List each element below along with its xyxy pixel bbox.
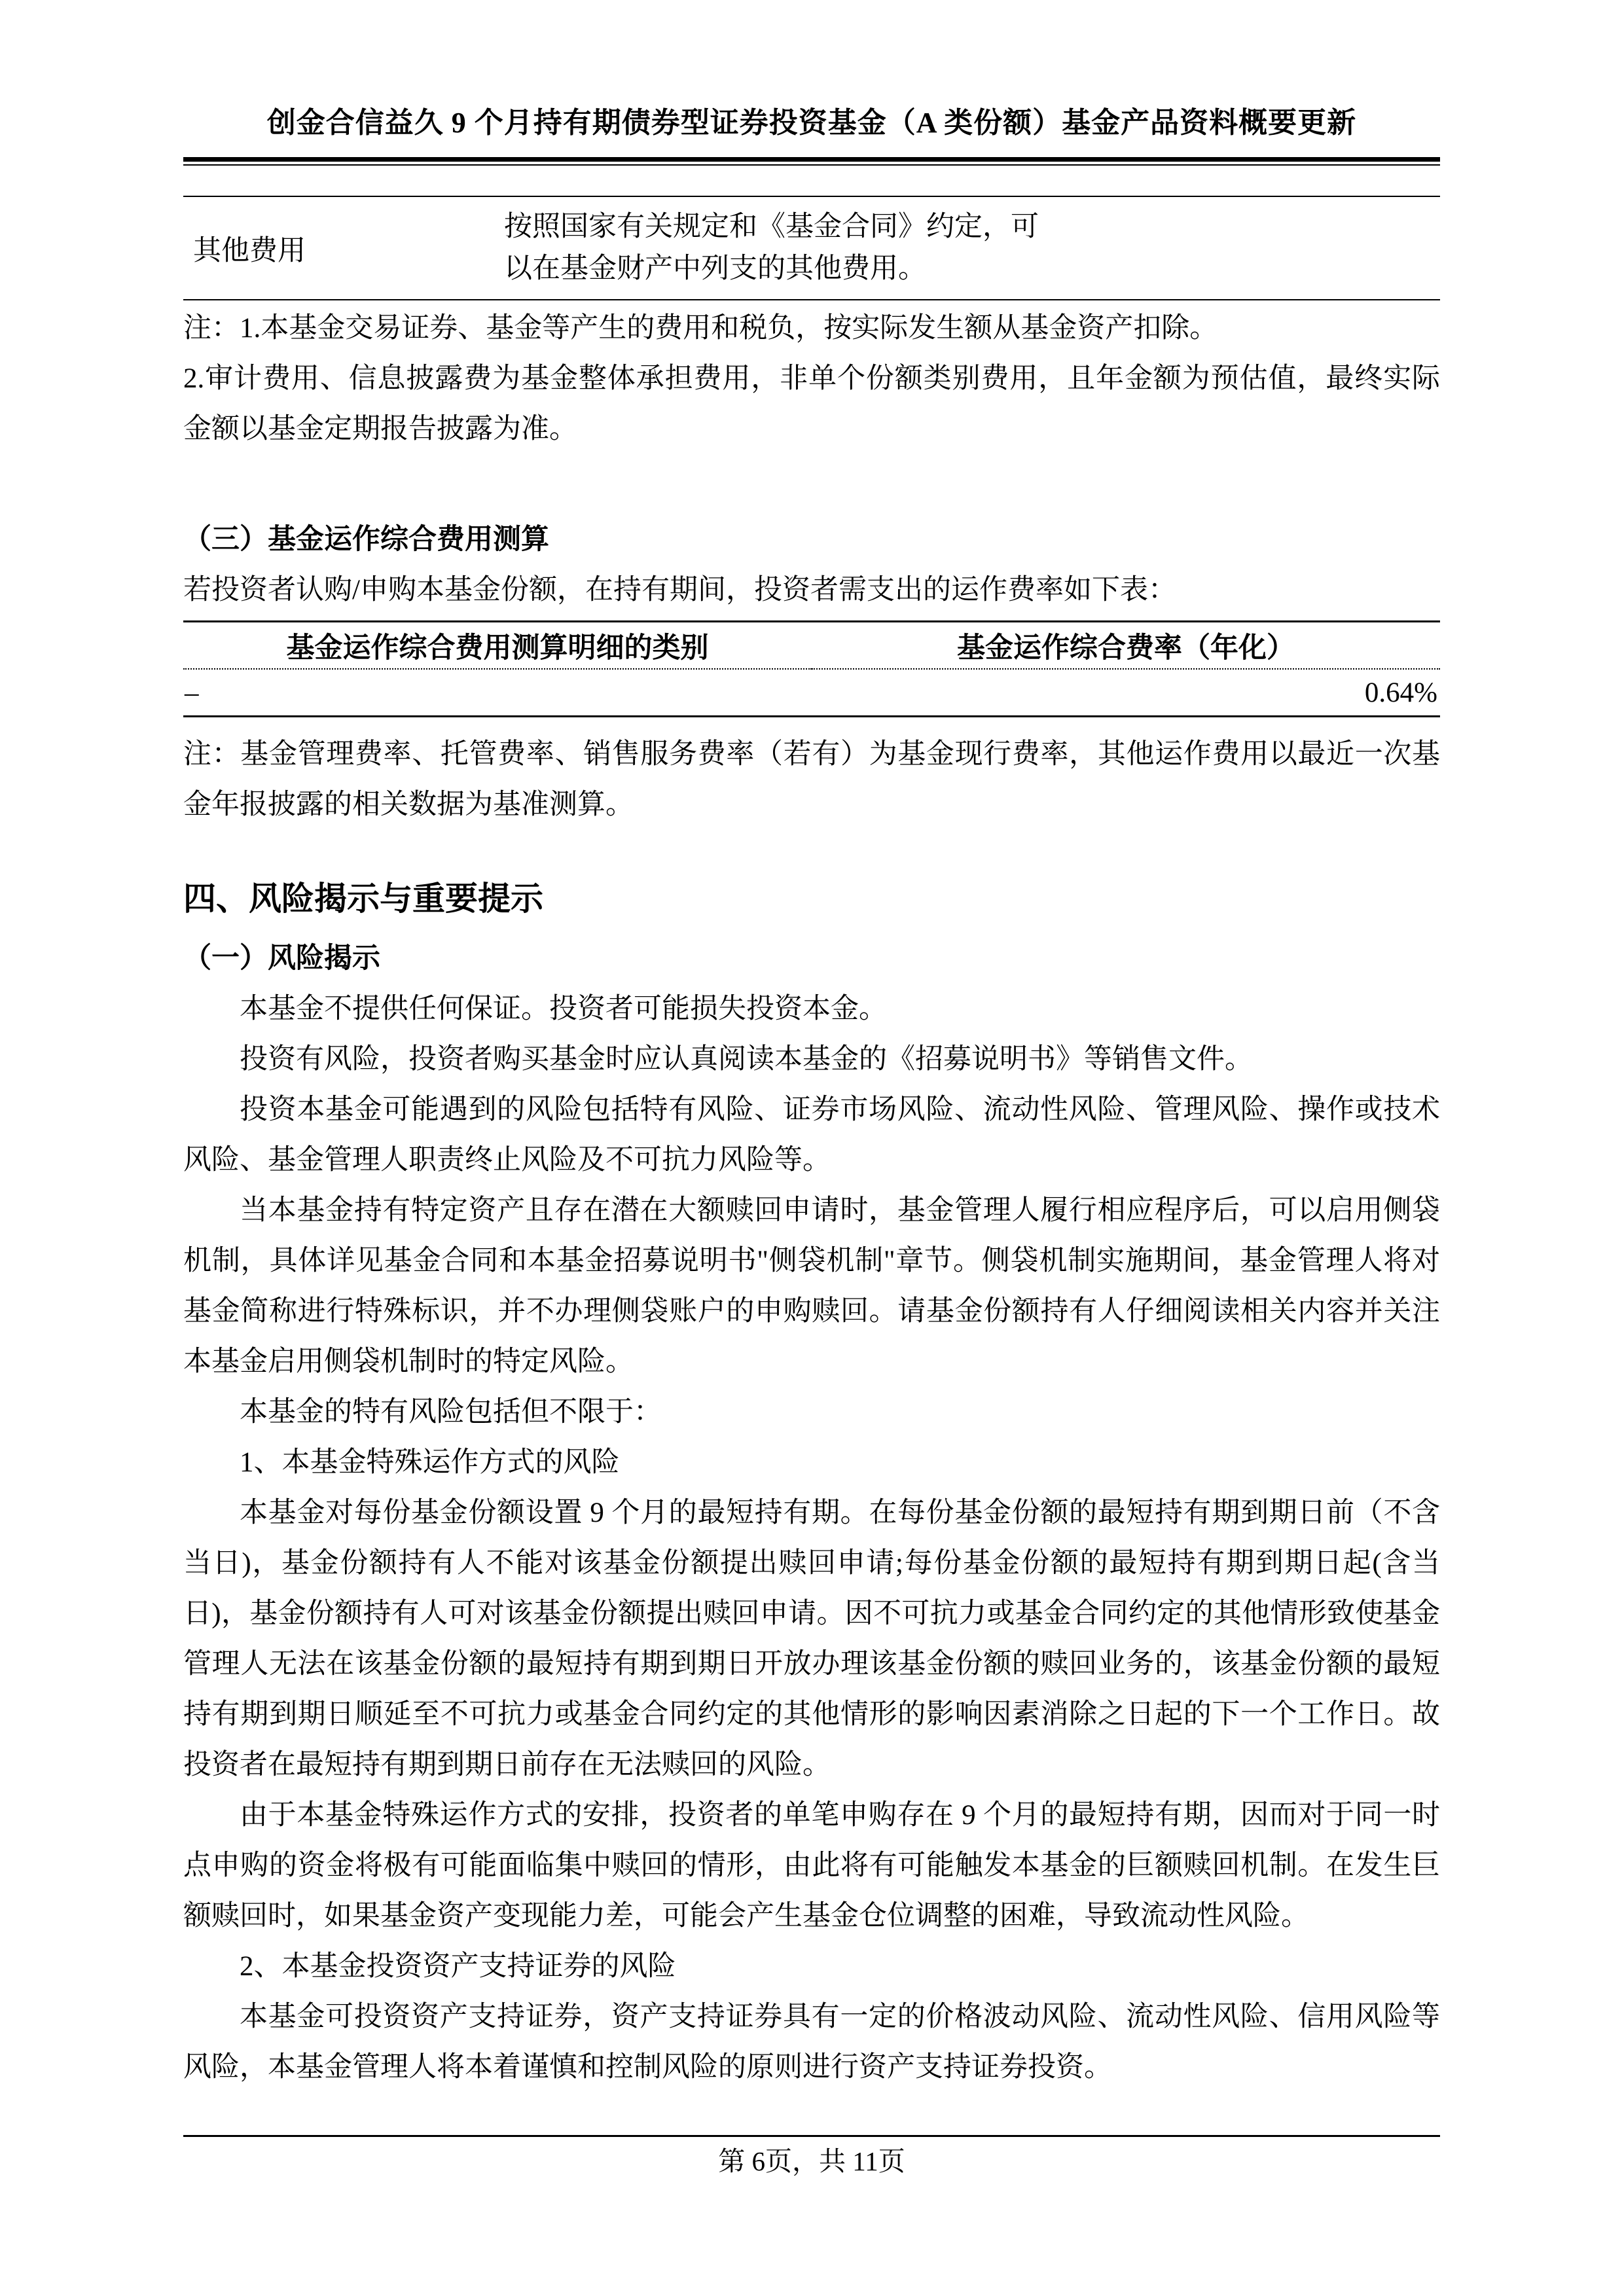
section4-sub-heading: （一）风险揭示 xyxy=(183,933,1440,984)
risk-paragraph: 本基金的特有风险包括但不限于： xyxy=(183,1387,1440,1437)
fee-note-1: 注：1.本基金交易证券、基金等产生的费用和税负，按实际发生额从基金资产扣除。 xyxy=(183,303,1440,353)
risk-paragraph: 本基金可投资资产支持证券，资产支持证券具有一定的价格波动风险、流动性风险、信用风… xyxy=(183,1992,1440,2092)
risk-paragraph: 投资本基金可能遇到的风险包括特有风险、证券市场风险、流动性风险、管理风险、操作或… xyxy=(183,1085,1440,1185)
table-header-row: 基金运作综合费用测算明细的类别 基金运作综合费率（年化） xyxy=(183,622,1440,670)
risk-paragraph: 投资有风险，投资者购买基金时应认真阅读本基金的《招募说明书》等销售文件。 xyxy=(183,1034,1440,1085)
fee-row-value: 按照国家有关规定和《基金合同》约定，可 以在基金财产中列支的其他费用。 xyxy=(504,196,1440,300)
header-divider xyxy=(183,157,1440,166)
other-fees-table: 其他费用 按照国家有关规定和《基金合同》约定，可 以在基金财产中列支的其他费用。 xyxy=(183,196,1440,300)
header-divider-thin-line xyxy=(183,164,1440,166)
header-divider-thick-line xyxy=(183,157,1440,162)
fee-row-value-line-2: 以在基金财产中列支的其他费用。 xyxy=(504,248,1440,290)
document-page: 创金合信益久 9 个月持有期债券型证券投资基金（A 类份额）基金产品资料概要更新… xyxy=(0,0,1624,2296)
table-row: – 0.64% xyxy=(183,669,1440,717)
fee-row-value-line-1: 按照国家有关规定和《基金合同》约定，可 xyxy=(504,206,1440,248)
operation-fee-table: 基金运作综合费用测算明细的类别 基金运作综合费率（年化） – 0.64% xyxy=(183,620,1440,717)
cell-rate: 0.64% xyxy=(812,669,1440,717)
risk-list-item-1: 1、本基金特殊运作方式的风险 xyxy=(183,1437,1440,1488)
fee-note-2: 2.审计费用、信息披露费为基金整体承担费用，非单个份额类别费用，且年金额为预估值… xyxy=(183,353,1440,454)
page-number: 第 6页，共 11页 xyxy=(183,2145,1440,2178)
footer-divider xyxy=(183,2135,1440,2137)
risk-paragraph: 本基金对每份基金份额设置 9 个月的最短持有期。在每份基金份额的最短持有期到期日… xyxy=(183,1488,1440,1790)
page-header-title: 创金合信益久 9 个月持有期债券型证券投资基金（A 类份额）基金产品资料概要更新 xyxy=(183,105,1440,141)
column-header-rate: 基金运作综合费率（年化） xyxy=(812,622,1440,670)
section4-heading: 四、风险揭示与重要提示 xyxy=(183,870,1440,927)
section3-intro: 若投资者认购/申购本基金份额，在持有期间，投资者需支出的运作费率如下表： xyxy=(183,565,1440,615)
cell-category: – xyxy=(183,669,812,717)
section3-heading: （三）基金运作综合费用测算 xyxy=(183,514,1440,565)
page-footer: 第 6页，共 11页 xyxy=(183,2135,1440,2178)
risk-paragraph: 当本基金持有特定资产且存在潜在大额赎回申请时，基金管理人履行相应程序后，可以启用… xyxy=(183,1185,1440,1387)
table-row: 其他费用 按照国家有关规定和《基金合同》约定，可 以在基金财产中列支的其他费用。 xyxy=(183,196,1440,300)
risk-paragraph: 由于本基金特殊运作方式的安排，投资者的单笔申购存在 9 个月的最短持有期，因而对… xyxy=(183,1790,1440,1941)
risk-list-item-2: 2、本基金投资资产支持证券的风险 xyxy=(183,1941,1440,1992)
fee-row-label: 其他费用 xyxy=(183,196,504,300)
page-content: 创金合信益久 9 个月持有期债券型证券投资基金（A 类份额）基金产品资料概要更新… xyxy=(183,0,1440,2092)
column-header-category: 基金运作综合费用测算明细的类别 xyxy=(183,622,812,670)
risk-paragraph: 本基金不提供任何保证。投资者可能损失投资本金。 xyxy=(183,984,1440,1034)
section3-note: 注：基金管理费率、托管费率、销售服务费率（若有）为基金现行费率，其他运作费用以最… xyxy=(183,729,1440,830)
